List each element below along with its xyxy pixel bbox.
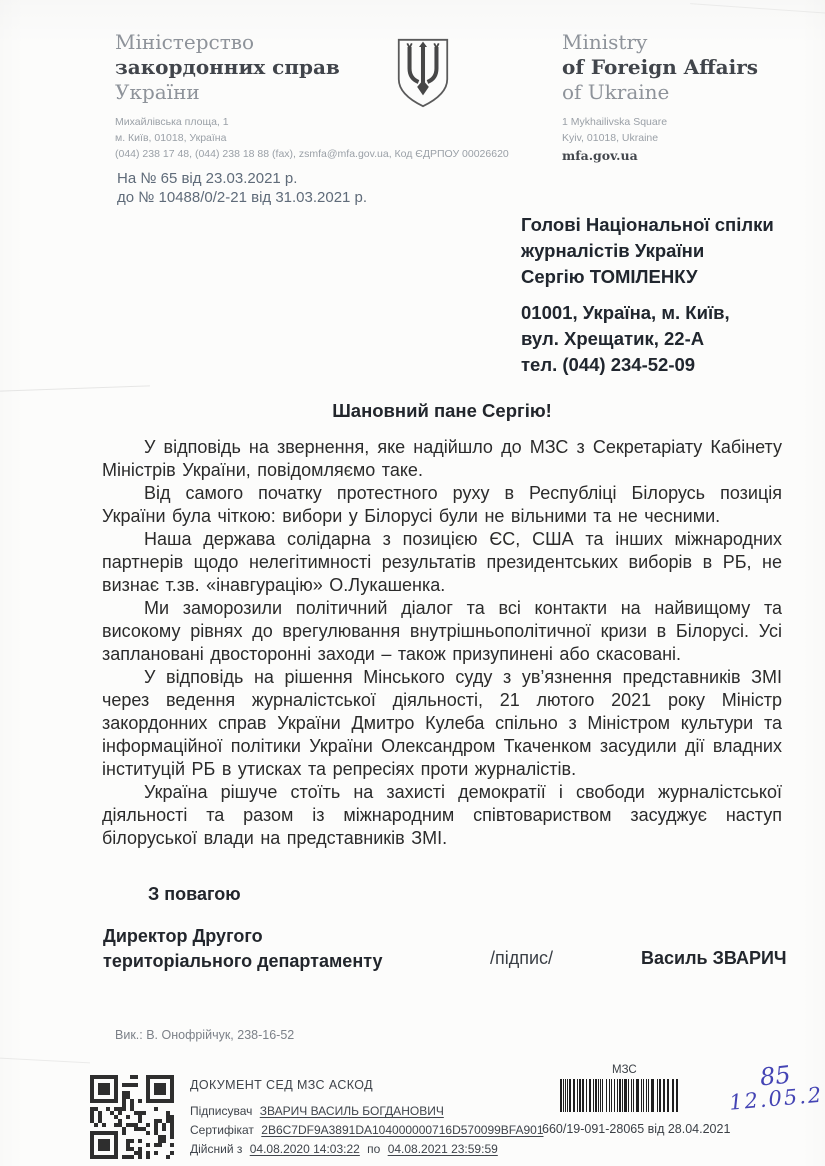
reference-line-1: На № 65 від 23.03.2021 р. [117, 169, 367, 188]
esign-validity-line: Дійсний з 04.08.2020 14:03:22 по 04.08.2… [190, 1140, 544, 1159]
ministry-name-en-line3: of Ukraine [562, 80, 758, 105]
ukraine-trident-emblem-icon [396, 38, 450, 108]
addressee-line: Сергію ТОМІЛЕНКУ [521, 264, 774, 290]
esign-signer-label: Підписувач [190, 1104, 252, 1118]
registration-org-label: МЗС [612, 1064, 637, 1076]
body-paragraph: У відповідь на звернення, яке надійшло д… [102, 436, 782, 482]
esign-valid-from: 04.08.2020 14:03:22 [250, 1142, 360, 1156]
esign-certificate-label: Сертифікат [190, 1123, 254, 1137]
body-paragraph: Ми заморозили політичний діалог та всі к… [102, 597, 782, 666]
address-ua-line: (044) 238 17 48, (044) 238 18 88 (fax), … [115, 146, 509, 162]
addressee-block: Голові Національної спілки журналістів У… [521, 212, 774, 378]
ministry-name-en-line1: Ministry [562, 30, 758, 55]
signer-position: Директор Другого територіального департа… [103, 924, 382, 974]
ministry-address-en: 1 Mykhailivska Square Kyiv, 01018, Ukrai… [562, 114, 758, 146]
executor-line: Вик.: В. Онофрійчук, 238-16-52 [115, 1028, 294, 1042]
address-en-line: Kyiv, 01018, Ukraine [562, 130, 758, 146]
body-paragraph: У відповідь на рішення Мінського суду з … [102, 666, 782, 781]
handwritten-date: 12.05.21 [728, 1081, 825, 1114]
signer-name: Василь ЗВАРИЧ [641, 948, 787, 969]
closing-phrase: З повагою [148, 884, 241, 905]
paper-crease [0, 1058, 90, 1064]
addressee-address-line: 01001, Україна, м. Київ, [521, 300, 774, 326]
reference-block: На № 65 від 23.03.2021 р. до № 10488/0/2… [117, 169, 367, 207]
address-en-line: 1 Mykhailivska Square [562, 114, 758, 130]
letter-body: У відповідь на звернення, яке надійшло д… [102, 436, 782, 850]
registration-number: 660/19-091-28065 від 28.04.2021 [542, 1122, 730, 1136]
signer-position-line: Директор Другого [103, 924, 382, 949]
ministry-name-en-line2: of Foreign Affairs [562, 55, 758, 80]
letterhead-en: Ministry of Foreign Affairs of Ukraine 1… [562, 30, 758, 163]
qr-code-icon [89, 1074, 175, 1160]
esign-valid-between-label: по [367, 1142, 380, 1156]
scanned-letter-page: Міністерство закордонних справ України М… [0, 0, 825, 1166]
addressee-address-line: вул. Хрещатик, 22-А [521, 326, 774, 352]
esign-certificate-line: Сертифікат 2B6C7DF9A3891DA104000000716D5… [190, 1121, 544, 1140]
barcode-icon [560, 1079, 682, 1112]
reference-line-2: до № 10488/0/2-21 від 31.03.2021 р. [117, 188, 367, 207]
body-paragraph: Наша держава солідарна з позицією ЄС, СШ… [102, 528, 782, 597]
esign-valid-to: 04.08.2021 23:59:59 [388, 1142, 498, 1156]
ministry-website: mfa.gov.ua [562, 148, 758, 163]
esign-certificate-value: 2B6C7DF9A3891DA104000000716D570099BFA901 [261, 1123, 543, 1137]
paper-crease [0, 385, 150, 391]
body-paragraph: Від самого початку протестного руху в Ре… [102, 482, 782, 528]
addressee-line: Голові Національної спілки [521, 212, 774, 238]
body-paragraph: Україна рішуче стоїть на захисті демокра… [102, 781, 782, 850]
salutation: Шановний пане Сергію! [102, 400, 782, 422]
esign-title: ДОКУМЕНТ СЕД МЗС АСКОД [190, 1076, 544, 1095]
address-ua-line: Михайлівська площа, 1 [115, 114, 509, 130]
signature-placeholder: /підпис/ [490, 948, 553, 969]
address-ua-line: м. Київ, 01018, Україна [115, 130, 509, 146]
signer-position-line: територіального департаменту [103, 949, 382, 974]
esign-block: ДОКУМЕНТ СЕД МЗС АСКОД Підписувач ЗВАРИЧ… [190, 1076, 544, 1159]
paper-crease [690, 3, 825, 14]
addressee-address-line: тел. (044) 234-52-09 [521, 352, 774, 378]
addressee-line: журналістів України [521, 238, 774, 264]
esign-valid-label: Дійсний з [190, 1142, 242, 1156]
ministry-address-ua: Михайлівська площа, 1 м. Київ, 01018, Ук… [115, 114, 509, 162]
esign-signer-name: ЗВАРИЧ ВАСИЛЬ БОГДАНОВИЧ [260, 1104, 444, 1118]
esign-signer-line: Підписувач ЗВАРИЧ ВАСИЛЬ БОГДАНОВИЧ [190, 1102, 544, 1121]
